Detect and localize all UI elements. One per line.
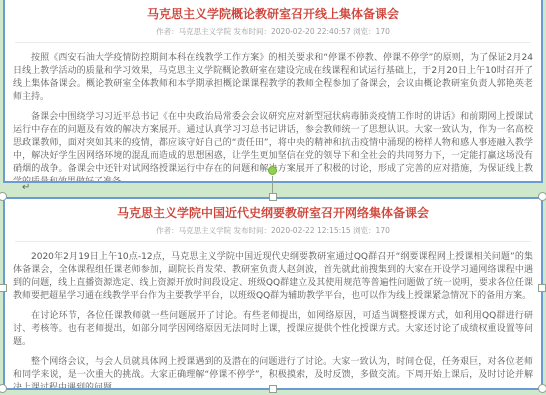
rotation-handle-stick [272, 176, 273, 193]
article2-meta: 作者：马克思主义学院 发布时间：2020-02-22 12:15:15 浏览：1… [13, 226, 533, 235]
article2: 马克思主义学院中国近代史纲要教研室召开网络集体备课会 作者：马克思主义学院 发布… [5, 205, 541, 390]
resize-handle-bottom-left[interactable] [0, 384, 7, 393]
resize-handle-middle-right[interactable] [538, 284, 546, 292]
article2-divider [15, 241, 531, 242]
resize-handle-bottom-center[interactable] [269, 385, 277, 393]
article1-screenshot-image[interactable]: 马克思主义学院概论教研室召开线上集体备课会 作者：马克思主义学院 发布时间：20… [3, 0, 543, 183]
article1: 马克思主义学院概论教研室召开线上集体备课会 作者：马克思主义学院 发布时间：20… [5, 6, 541, 183]
article2-screenshot-image[interactable]: 马克思主义学院中国近代史纲要教研室召开网络集体备课会 作者：马克思主义学院 发布… [3, 197, 543, 390]
resize-handle-bottom-right[interactable] [538, 384, 546, 393]
article2-paragraph: 在讨论环节，各位任课教师就一些问题展开了讨论。有些老师提出，如网络原因，可适当调… [13, 310, 533, 349]
paragraph-mark-icon: ↵ [22, 182, 30, 194]
article1-meta: 作者：马克思主义学院 发布时间：2020-02-20 22:40:57 浏览：1… [13, 27, 533, 36]
document-page[interactable]: 马克思主义学院概论教研室召开线上集体备课会 作者：马克思主义学院 发布时间：20… [0, 0, 546, 395]
article1-title: 马克思主义学院概论教研室召开线上集体备课会 [17, 6, 529, 22]
resize-handle-middle-left[interactable] [0, 284, 7, 292]
article1-divider [15, 42, 531, 43]
resize-handle-top-center[interactable] [269, 193, 277, 201]
article1-paragraph: 按照《西安石油大学疫情防控期间本科在线教学工作方案》的相关要求和“停课不停教、停… [13, 52, 533, 104]
rotation-handle[interactable] [268, 166, 277, 175]
resize-handle-top-right[interactable] [538, 192, 546, 201]
article2-title: 马克思主义学院中国近代史纲要教研室召开网络集体备课会 [17, 205, 529, 221]
article2-paragraph: 2020年2月19日上午10点-12点，马克思主义学院中国近现代史纲要教研室通过… [13, 251, 533, 303]
